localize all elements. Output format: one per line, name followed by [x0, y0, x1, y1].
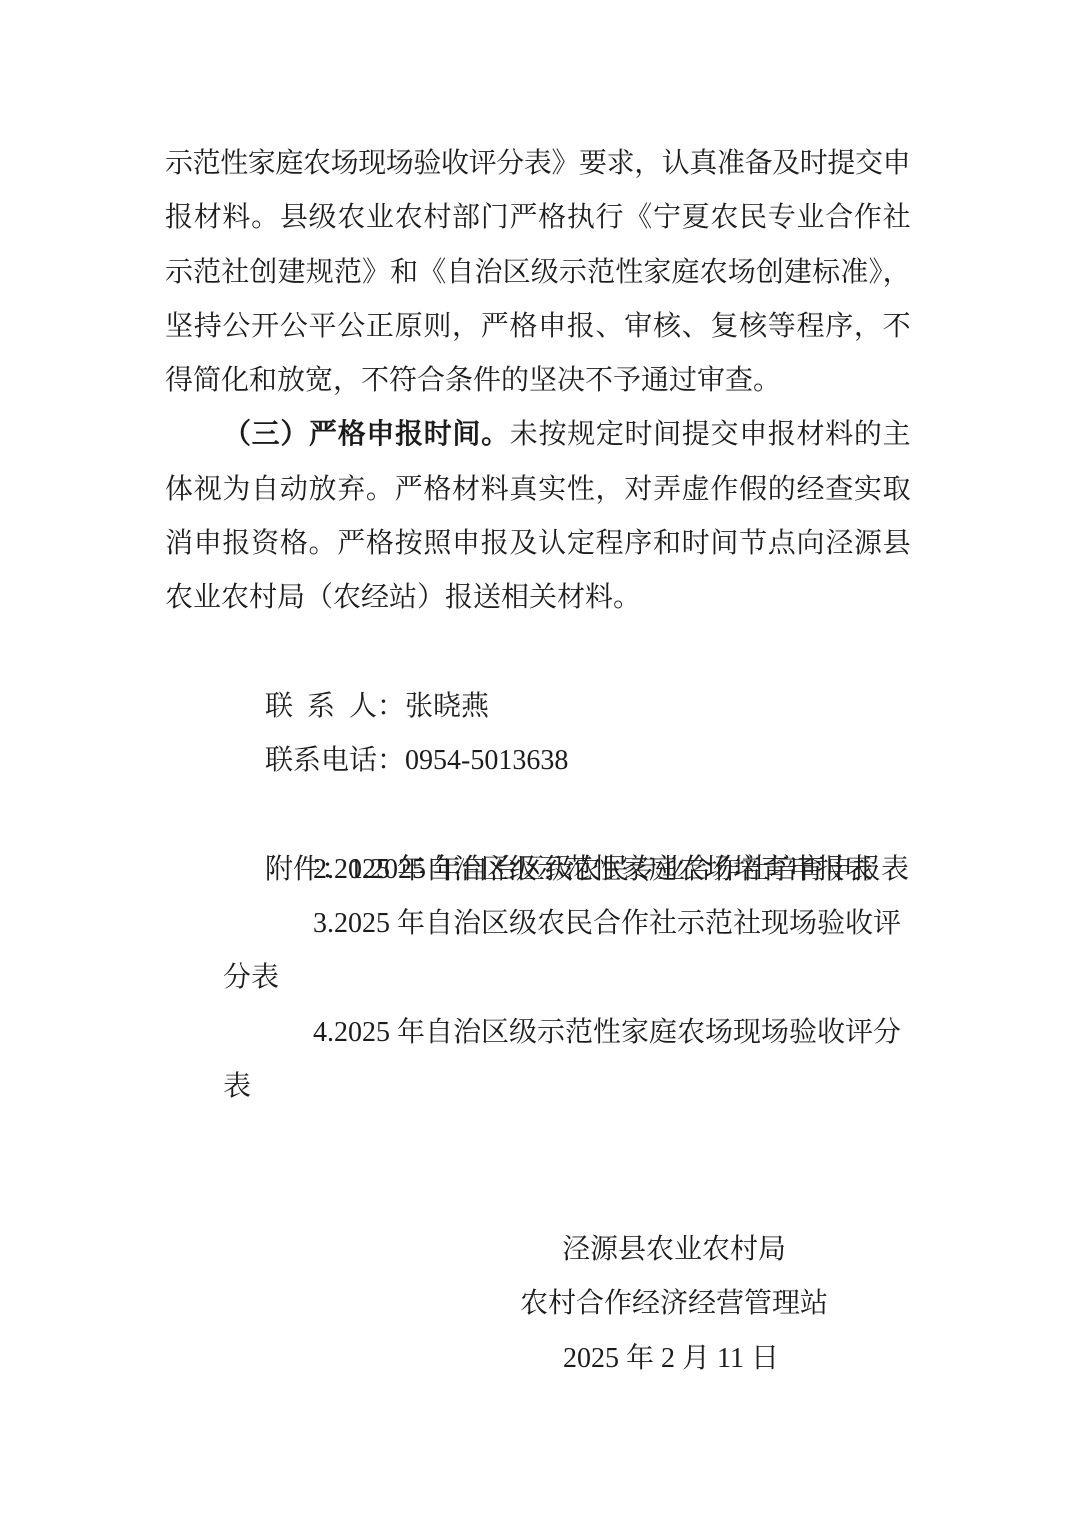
attachment-item: 4.2025 年自治区级示范性家庭农场现场验收评分: [165, 1006, 910, 1060]
attachments-first-line: 附件：1.2025 年自治区级农民专业合作社培育申报表: [165, 789, 910, 843]
section-lead-text: 未按规定时间提交申报材料的主: [510, 419, 910, 450]
attachment-item: 3.2025 年自治区级农民合作社示范社现场验收评: [165, 897, 910, 951]
contact-person-name: 张晓燕: [405, 691, 489, 722]
body-line: 示范社创建规范》和《自治区级示范性家庭农场创建标准》，: [165, 246, 910, 300]
attachment-item-wrap: 表: [165, 1060, 910, 1114]
contact-person-label: 联 系 人：: [265, 691, 405, 722]
body-line: 体视为自动放弃。严格材料真实性，对弄虚作假的经查实取: [165, 463, 910, 517]
signature-org-1: 泾源县农业农村局: [165, 1223, 910, 1277]
signature-org-2: 农村合作经济经营管理站: [165, 1277, 910, 1331]
body-line: 报材料。县级农业农村部门严格执行《宁夏农民专业合作社: [165, 191, 910, 245]
document-text-block: 示范性家庭农场现场验收评分表》要求，认真准备及时提交申 报材料。县级农业农村部门…: [165, 137, 910, 1386]
body-line: 坚持公开公平公正原则，严格申报、审核、复核等程序，不: [165, 300, 910, 354]
attachment-item-wrap: 分表: [165, 951, 910, 1005]
section-heading: （三）严格申报时间。: [223, 419, 510, 450]
contact-person-line: 联 系 人：张晓燕: [165, 626, 910, 680]
body-line: 农业农村局（农经站）报送相关材料。: [165, 571, 910, 625]
body-line: 示范性家庭农场现场验收评分表》要求，认真准备及时提交申: [165, 137, 910, 191]
section-heading-line: （三）严格申报时间。未按规定时间提交申报材料的主: [165, 408, 910, 462]
contact-phone-label: 联系电话：: [265, 745, 405, 776]
contact-phone-number: 0954-5013638: [405, 745, 568, 776]
document-page: 示范性家庭农场现场验收评分表》要求，认真准备及时提交申 报材料。县级农业农村部门…: [0, 0, 1074, 1520]
body-line: 得简化和放宽，不符合条件的坚决不予通过审查。: [165, 354, 910, 408]
blank-line: [165, 1169, 910, 1223]
body-line: 消申报资格。严格按照申报及认定程序和时间节点向泾源县: [165, 517, 910, 571]
signature-date: 2025 年 2 月 11 日: [165, 1332, 910, 1386]
blank-line: [165, 1114, 910, 1168]
